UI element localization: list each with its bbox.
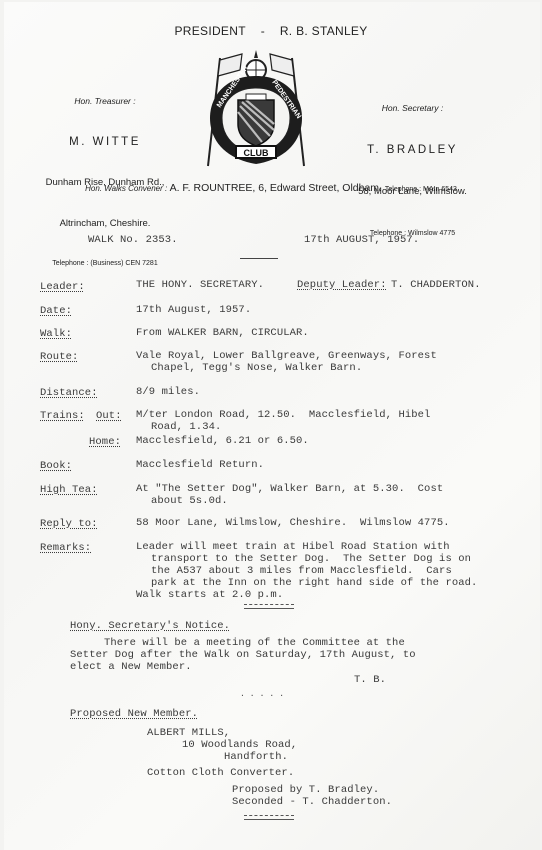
remarks-divider [244, 604, 294, 609]
convener-role: Hon. Walks Convener : [85, 184, 167, 193]
new-member-title: Proposed New Member. [70, 708, 198, 720]
route-line-1: Vale Royal, Lower Ballgreave, Greenways,… [136, 350, 437, 362]
route-label: Route: [40, 351, 78, 363]
convener-telephone: Telephone : MAIn 6543 [385, 186, 457, 193]
trains-out-line-1: M/ter London Road, 12.50. Macclesfield, … [136, 409, 430, 421]
reply-to-label: Reply to: [40, 518, 98, 530]
walk-number: WALK No. 2353. [88, 234, 178, 246]
remarks-label: Remarks: [40, 542, 91, 554]
high-tea-line-1: At "The Setter Dog", Walker Barn, at 5.3… [136, 483, 443, 495]
closing-divider [244, 815, 294, 820]
leader-label: Leader: [40, 281, 85, 293]
convener-line: Hon. Walks Convener : A. F. ROUNTREE, 6,… [0, 182, 542, 194]
trains-out-line-2: Road, 1.34. [151, 421, 221, 433]
reply-to-value: 58 Moor Lane, Wilmslow, Cheshire. Wilmsl… [136, 517, 450, 529]
walk-label: Walk: [40, 328, 72, 340]
secretary-block: Hon. Secretary : T. BRADLEY 58, Moor Lan… [330, 73, 495, 255]
notice-line-2: Setter Dog after the Walk on Saturday, 1… [70, 649, 416, 661]
president-name: R. B. STANLEY [280, 24, 368, 38]
club-crest-icon: MANCHESTER PEDESTRIAN CLUB [198, 48, 314, 173]
notice-line-3: elect a New Member. [70, 661, 192, 673]
convener-details: A. F. ROUNTREE, 6, Edward Street, Oldham… [170, 182, 382, 194]
treasurer-address-2: Altrincham, Cheshire. [30, 217, 180, 231]
crest-banner-text: CLUB [244, 148, 269, 158]
president-separator: - [246, 24, 280, 38]
notice-line-1: There will be a meeting of the Committee… [104, 637, 405, 649]
date-label: Date: [40, 305, 72, 317]
trains-home-value: Macclesfield, 6.21 or 6.50. [136, 435, 309, 447]
remarks-line-1: Leader will meet train at Hibel Road Sta… [136, 541, 450, 553]
walk-value: From WALKER BARN, CIRCULAR. [136, 327, 309, 339]
header-divider [240, 258, 278, 259]
deputy-leader-label: Deputy Leader: [297, 279, 387, 291]
high-tea-line-2: about 5s.0d. [151, 495, 228, 507]
remarks-line-2: transport to the Setter Dog. The Setter … [151, 553, 471, 565]
treasurer-role: Hon. Treasurer : [30, 95, 180, 109]
new-member-proposed: Proposed by T. Bradley. [232, 784, 379, 796]
trains-out-label: Out: [96, 410, 122, 422]
route-line-2: Chapel, Tegg's Nose, Walker Barn. [151, 362, 362, 374]
walk-date-heading: 17th AUGUST, 1957. [304, 234, 419, 246]
trains-home-label: Home: [89, 436, 121, 448]
notice-title: Hony. Secretary's Notice. [70, 620, 230, 632]
treasurer-telephone: Telephone : (Business) CEN 7281 [30, 257, 180, 271]
new-member-occupation: Cotton Cloth Converter. [147, 767, 294, 779]
high-tea-label: High Tea: [40, 484, 98, 496]
deputy-leader-value: T. CHADDERTON. [391, 279, 481, 291]
new-member-name: ALBERT MILLS, [147, 727, 230, 739]
remarks-line-5: Walk starts at 2.0 p.m. [136, 589, 283, 601]
notice-signature: T. B. [354, 674, 386, 686]
date-value: 17th August, 1957. [136, 304, 251, 316]
president-line: PRESIDENT-R. B. STANLEY [0, 24, 542, 38]
distance-value: 8/9 miles. [136, 386, 200, 398]
new-member-seconded: Seconded - T. Chadderton. [232, 796, 392, 808]
new-member-address-1: 10 Woodlands Road, [182, 739, 297, 751]
secretary-name: T. BRADLEY [330, 143, 495, 157]
remarks-line-3: the A537 about 3 miles from Macclesfield… [151, 565, 452, 577]
section-separator: . . . . . [240, 690, 284, 699]
leader-value: THE HONY. SECRETARY. [136, 279, 264, 291]
treasurer-name: M. WITTE [30, 136, 180, 150]
new-member-address-2: Handforth. [224, 751, 288, 763]
book-value: Macclesfield Return. [136, 459, 264, 471]
distance-label: Distance: [40, 387, 98, 399]
president-label: PRESIDENT [174, 24, 245, 38]
secretary-role: Hon. Secretary : [330, 101, 495, 115]
book-label: Book: [40, 460, 72, 472]
treasurer-block: Hon. Treasurer : M. WITTE Dunham Rise, D… [30, 68, 180, 284]
trains-label: Trains: [40, 410, 85, 422]
remarks-line-4: park at the Inn on the right hand side o… [151, 577, 477, 589]
